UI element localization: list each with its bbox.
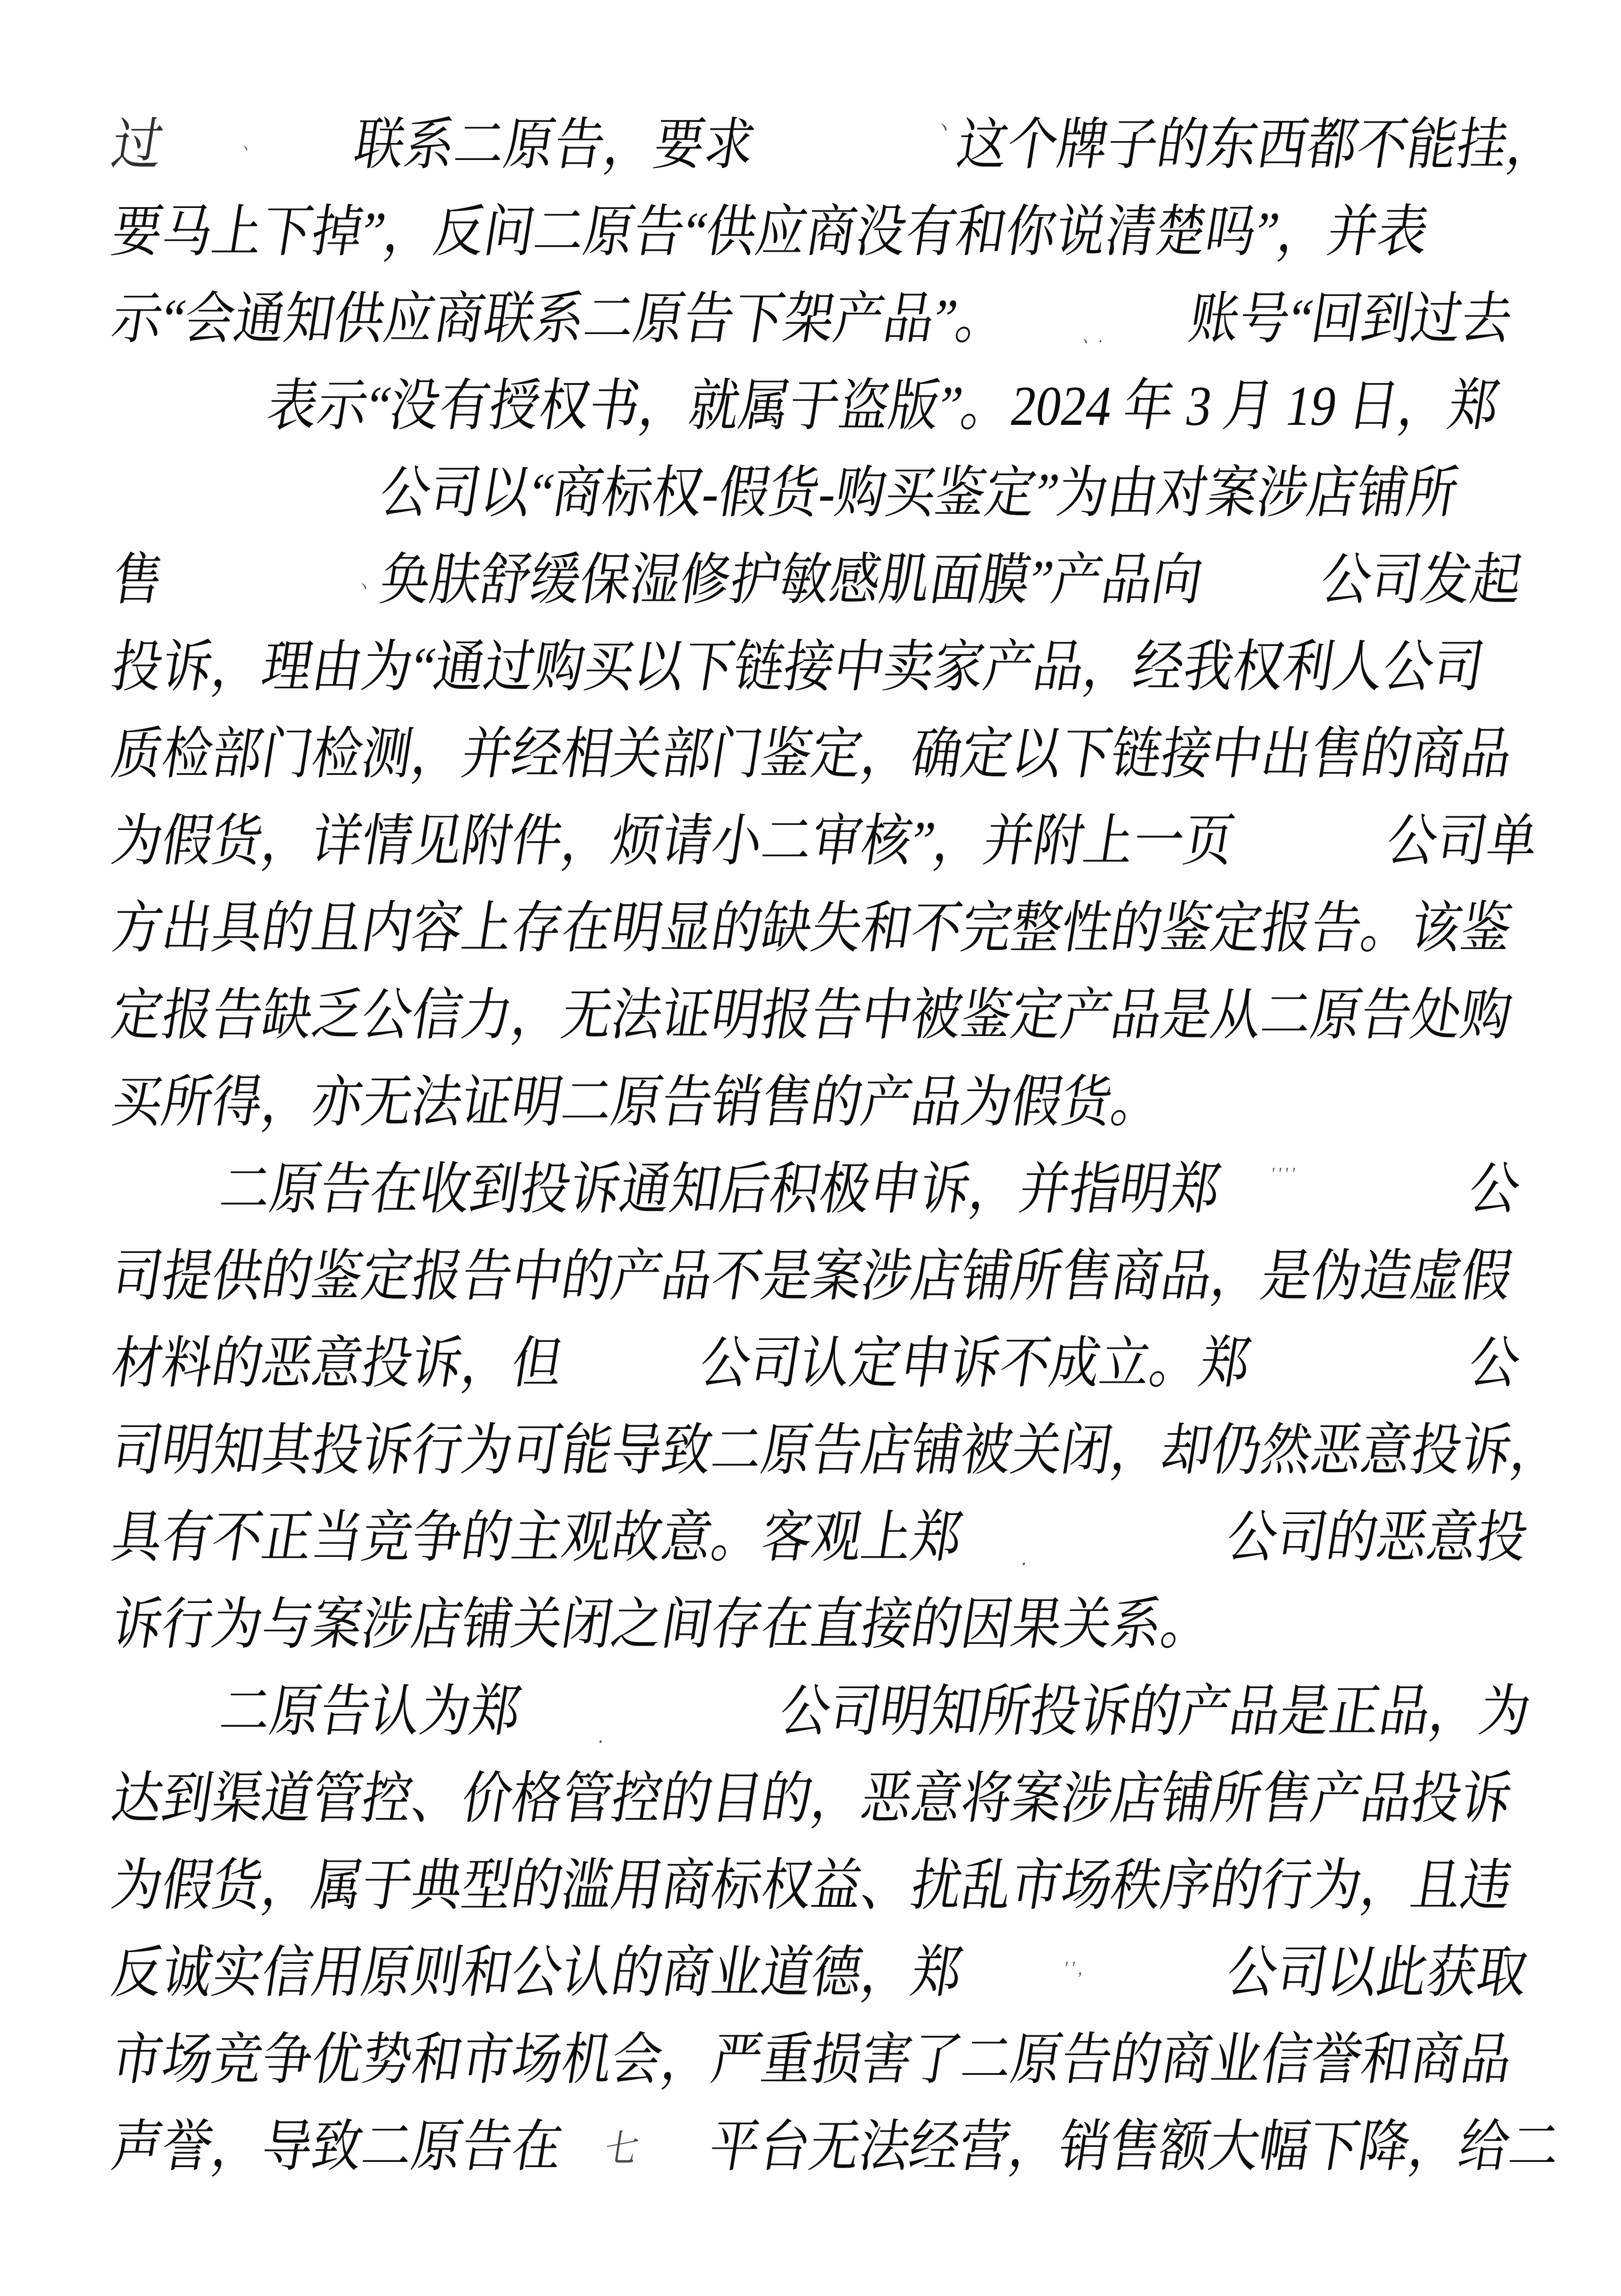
text-segment: 质检部门检测，并经相关部门鉴定，确定以下链接中出售的商品: [108, 726, 1516, 782]
redaction-artifact: .: [1021, 1547, 1029, 1569]
text-segment: 反诚实信用原则和公认的商业道德，郑: [108, 1945, 966, 2001]
text-segment: 买所得，亦无法证明二原告销售的产品为假货。: [108, 1074, 1166, 1131]
text-segment: 公司以“商标权-假货-购买鉴定”为由对案涉店铺所: [376, 465, 1462, 521]
text-segment: 司明知其投诉行为可能导致二原告店铺被关闭，却仍然恶意投诉，: [108, 1422, 1566, 1479]
text-segment: 具有不正当竞争的主观故意。客观上郑: [108, 1509, 966, 1566]
text-segment: 为假货，属于典型的滥用商标权益、扰乱市场秩序的行为，且违: [108, 1858, 1516, 1914]
text-segment: 示“会通知供应商联系二原告下架产品”。: [108, 291, 1010, 347]
text-segment: 联系二原告，要求: [350, 117, 759, 173]
text-segment: 公司认定申诉不成立。郑: [696, 1335, 1255, 1392]
text-segment: 账号“回到过去: [1185, 291, 1516, 347]
text-segment: 表示“没有授权书，就属于盗版”。2024 年 3 月 19 日，郑: [263, 378, 1503, 434]
text-segment: 奂肤舒缓保湿修护敏感肌面膜”产品向: [376, 552, 1207, 608]
text-segment: 公司以此获取: [1223, 1945, 1532, 2001]
redaction-artifact: ' ' ' ': [1270, 1165, 1296, 1183]
text-segment: 方出具的且内容上存在明显的缺失和不完整性的鉴定报告。该鉴: [108, 900, 1516, 957]
text-segment: 公司明知所投诉的产品是正品，为: [776, 1683, 1534, 1740]
text-segment: 市场竞争优势和市场机会，严重损害了二原告的商业信誉和商品: [108, 2032, 1516, 2088]
redaction-artifact: 七: [602, 2130, 641, 2168]
text-segment: 定报告缺乏公信力，无法证明报告中被鉴定产品是从二原告处购: [108, 987, 1516, 1044]
text-segment: 材料的恶意投诉，但: [108, 1335, 567, 1392]
text-segment: 声誉，导致二原告在: [108, 2119, 567, 2175]
text-segment: 平台无法经营，销售额大幅下降，给二: [706, 2119, 1564, 2175]
text-segment: 二原告在收到投诉通知后积极申诉，并指明郑: [216, 1161, 1224, 1218]
redaction-artifact: 丶: [355, 580, 372, 596]
text-segment: 为假货，详情见附件，烦请小二审核”，并附上一页: [108, 813, 1238, 869]
text-segment: 公: [1465, 1161, 1524, 1218]
text-segment: 售: [108, 552, 167, 608]
text-segment: 诉行为与案涉店铺关闭之间存在直接的因果关系。: [108, 1596, 1216, 1653]
text-segment: 公司单: [1383, 813, 1542, 869]
text-segment: 达到渠道管控、价格管控的目的，恶意将案涉店铺所售产品投诉: [108, 1770, 1516, 1827]
redaction-artifact: 丶: [238, 143, 252, 157]
text-segment: 公司的恶意投: [1223, 1509, 1532, 1566]
redaction-artifact: 丶: [934, 120, 954, 138]
text-segment: 过: [108, 117, 167, 173]
text-segment: 要马上下掉”，反问二原告“供应商没有和你说清楚吗”，并表: [108, 204, 1432, 260]
redaction-artifact: ' ' ,: [1063, 1959, 1085, 1977]
document-page: 过丶联系二原告，要求丶这个牌子的东西都不能挂，要马上下掉”，反问二原告“供应商没…: [0, 0, 1621, 2296]
redaction-artifact: 、.: [1082, 327, 1105, 345]
text-segment: 投诉，理由为“通过购买以下链接中卖家产品，经我权利人公司: [108, 639, 1488, 695]
text-segment: 公司发起: [1317, 552, 1526, 608]
text-segment: 司提供的鉴定报告中的产品不是案涉店铺所售商品，是伪造虚假: [108, 1248, 1516, 1305]
text-segment: 公: [1465, 1335, 1524, 1392]
text-segment: 二原告认为郑: [216, 1683, 525, 1740]
redaction-artifact: .: [597, 1725, 605, 1746]
text-segment: 这个牌子的东西都不能挂，: [954, 117, 1562, 173]
